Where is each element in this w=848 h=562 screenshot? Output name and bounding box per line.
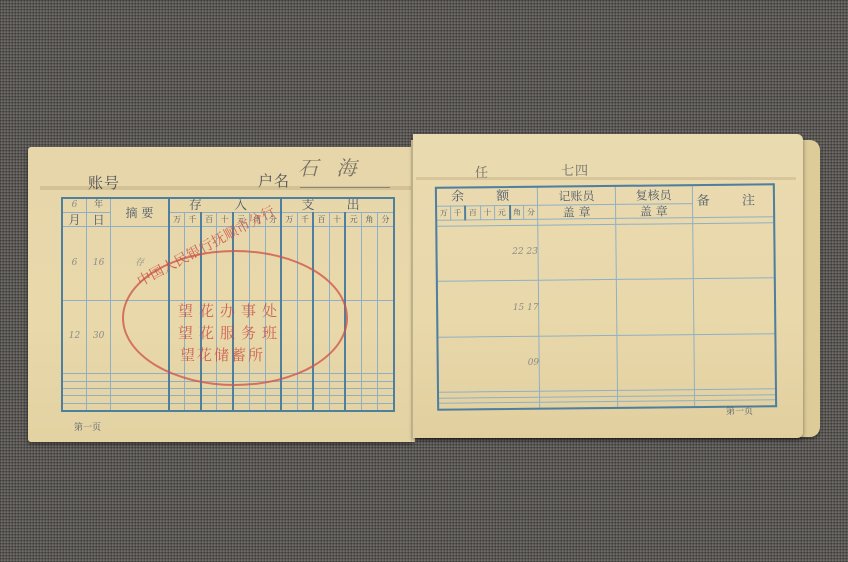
stamp-line-service-team: 望花服务班: [178, 322, 283, 343]
table-row: 22 23: [437, 222, 775, 281]
unit-wan: 万: [281, 213, 297, 227]
unit-wan: 万: [169, 213, 185, 227]
right-top-handwriting-left: 任: [475, 162, 489, 181]
unit-shi: 十: [329, 213, 345, 227]
unit-bai: 百: [201, 213, 217, 227]
withdrawal-header: 支 出: [281, 199, 393, 213]
unit-fen: 分: [524, 205, 538, 219]
right-ledger-table: 余 额 记账员 复核员 备 注 万 千 百 十 元 角 分 盖 章 盖 章 22…: [436, 184, 776, 410]
left-page-number: 第一页: [74, 420, 101, 433]
name-underline: [300, 187, 390, 188]
remarks-header: 备 注: [692, 185, 774, 218]
right-page-fold-strip: [416, 177, 796, 180]
reviewer-header: 复核员: [615, 186, 692, 205]
right-page-number: 第一页: [726, 404, 753, 417]
day-header: 日: [87, 213, 111, 227]
stamp-line-savings-office: 望花储蓄所: [180, 344, 265, 365]
unit-yuan: 元: [345, 213, 361, 227]
stamp-line-office: 望花办事处: [178, 300, 283, 321]
unit-qian: 千: [451, 206, 465, 220]
table-row: [63, 388, 394, 395]
unit-qian: 千: [297, 213, 313, 227]
name-label: 户名: [258, 170, 290, 191]
unit-yuan: 元: [494, 206, 509, 220]
table-row: 15 17: [437, 278, 775, 337]
year-label: 年: [87, 199, 111, 213]
table-row: [63, 403, 394, 410]
unit-wan: 万: [437, 206, 451, 220]
table-row: 09: [438, 333, 776, 392]
bookkeeper-header: 记账员: [538, 186, 615, 205]
month-header: 月: [63, 213, 87, 227]
bank-seal-stamp: 中国人民银行抚顺市分行 望花办事处 望花服务班 望花储蓄所: [122, 250, 348, 386]
bookkeeper-seal-header: 盖 章: [538, 204, 615, 219]
unit-bai: 百: [465, 206, 480, 220]
table-row: [63, 396, 394, 403]
unit-fen: 分: [377, 213, 393, 227]
account-holder-name: 石 海: [298, 152, 362, 181]
account-label: 账号: [88, 172, 120, 193]
unit-bai: 百: [313, 213, 329, 227]
unit-shi: 十: [480, 206, 494, 220]
unit-jiao: 角: [510, 205, 524, 219]
right-top-handwriting-right: 七四: [561, 160, 589, 179]
balance-header: 余 额: [436, 187, 538, 206]
reviewer-seal-header: 盖 章: [615, 204, 692, 219]
summary-header: 摘 要: [111, 199, 169, 227]
year-cell: 6: [63, 199, 87, 213]
unit-qian: 千: [185, 213, 201, 227]
unit-jiao: 角: [361, 213, 377, 227]
